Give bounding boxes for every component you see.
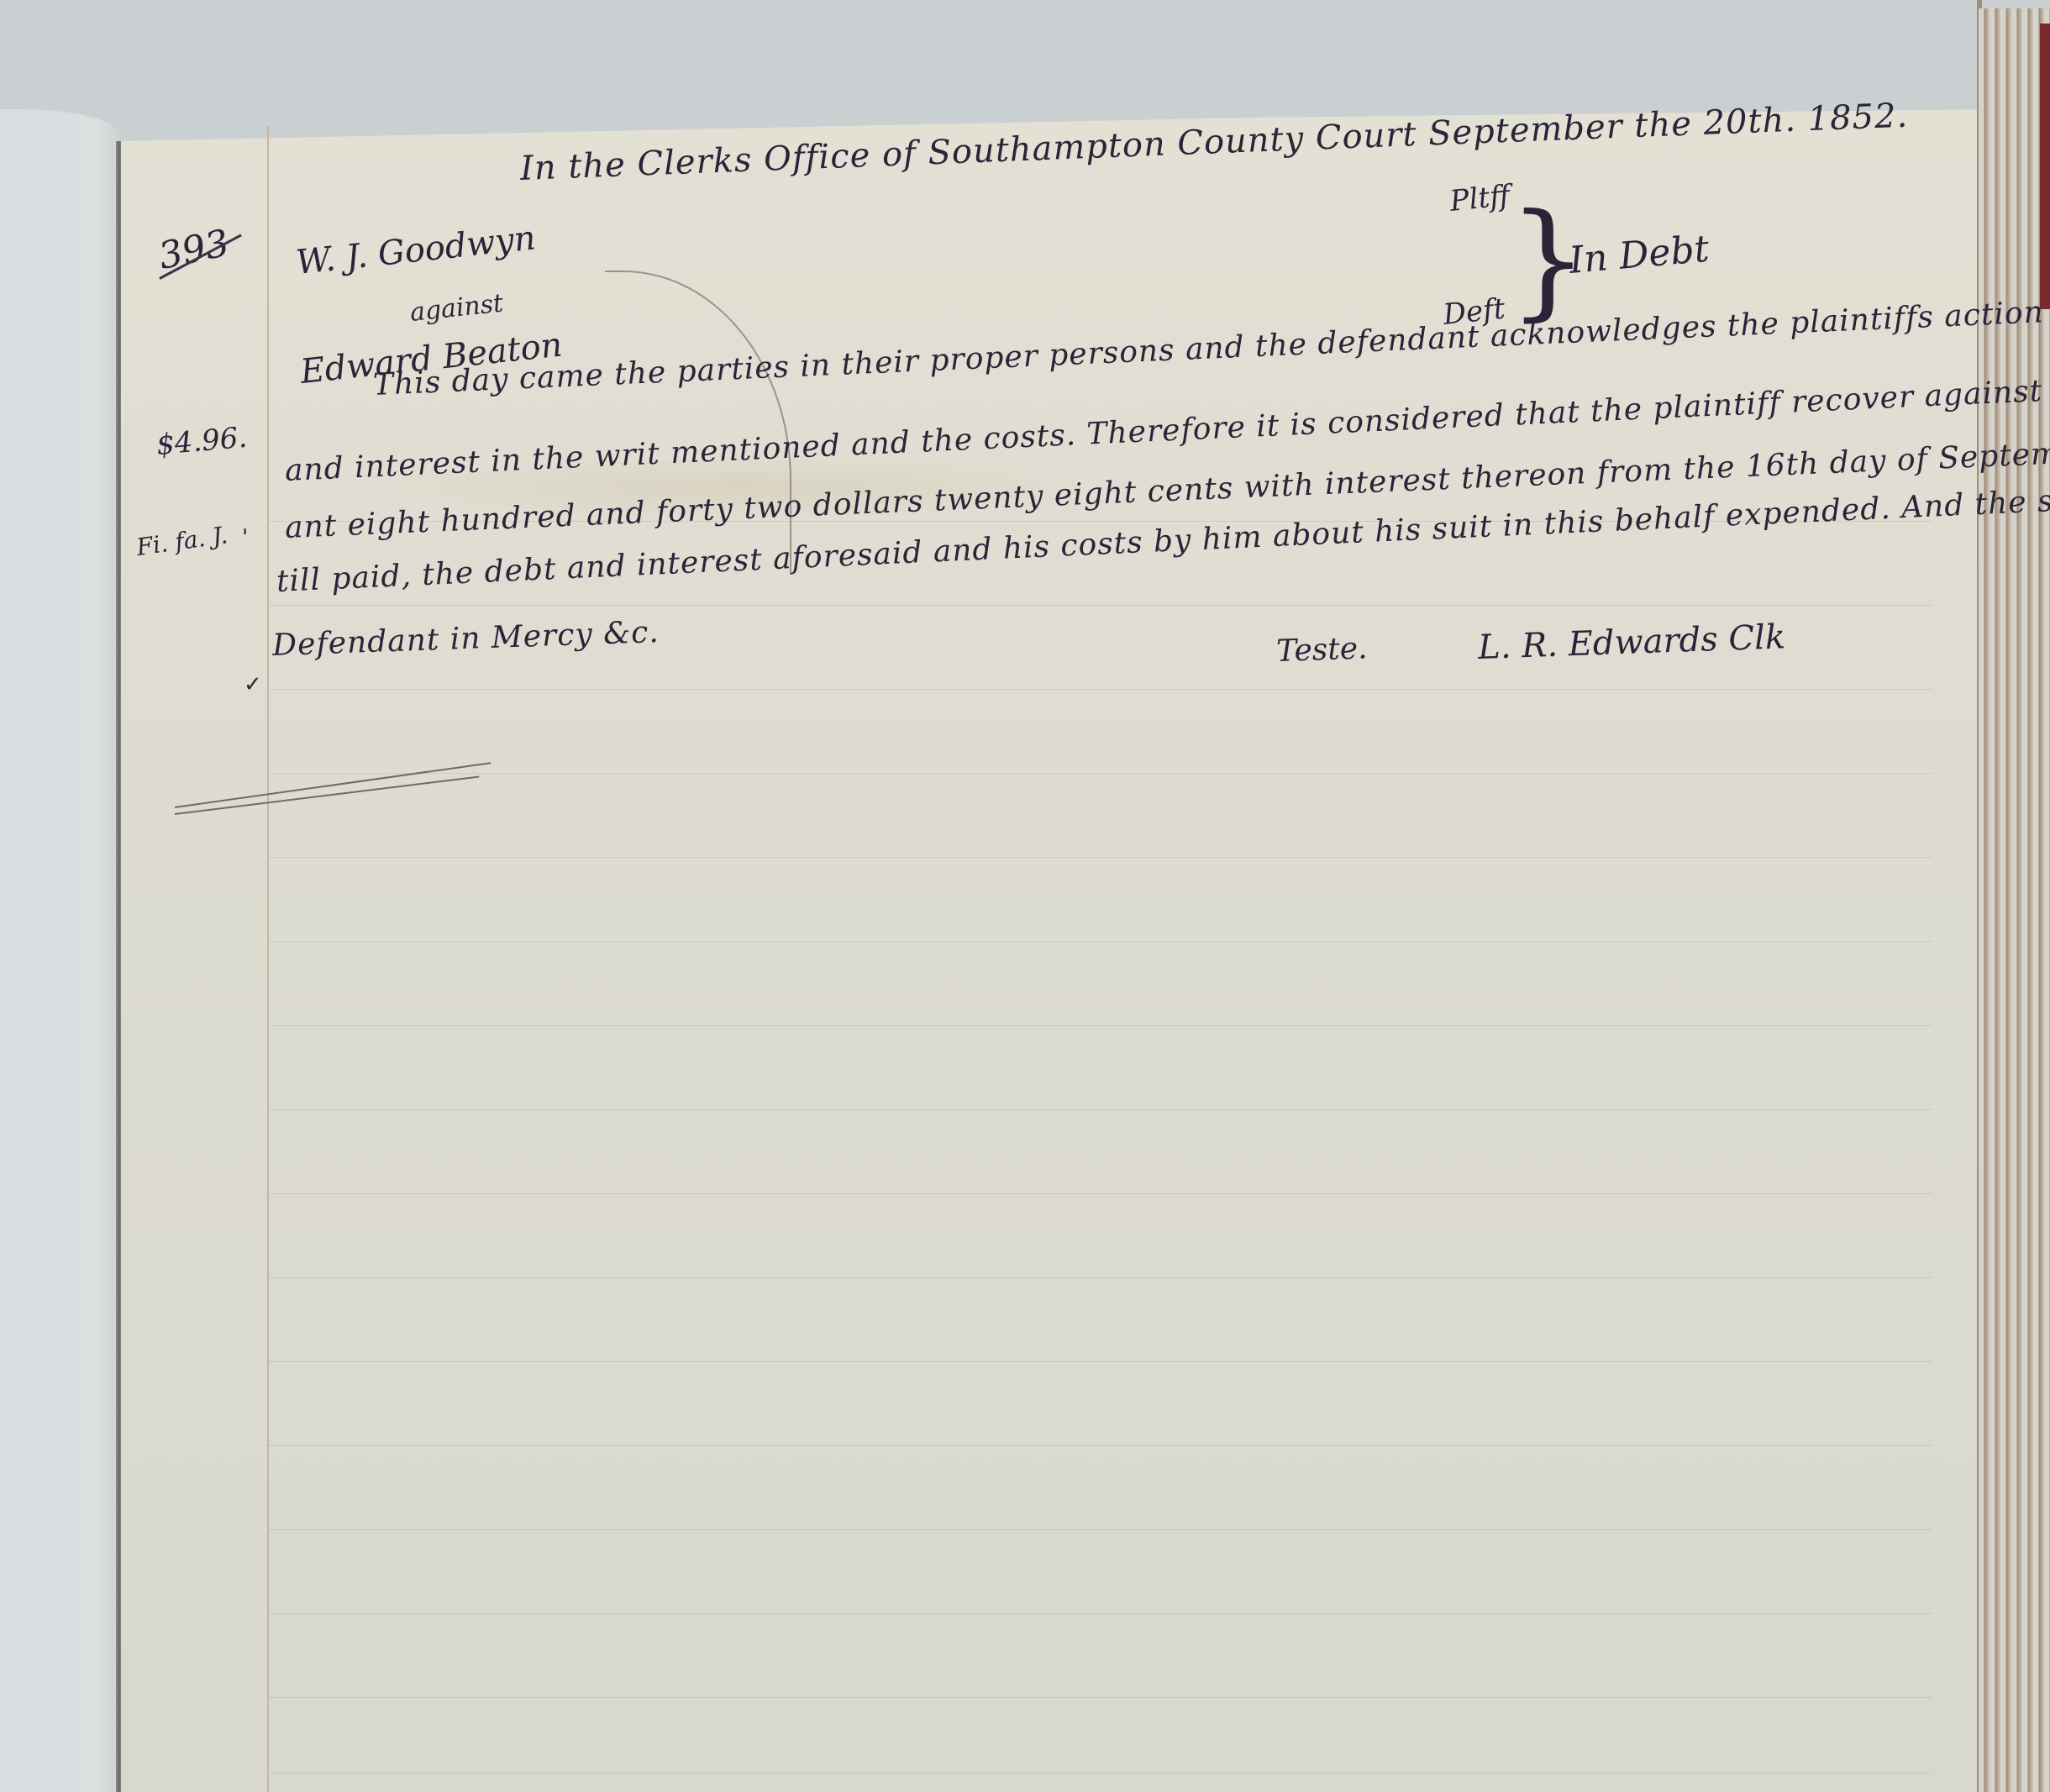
ruled-line xyxy=(269,1697,1932,1698)
ruled-line xyxy=(269,1529,1932,1530)
plaintiff-label: Pltff xyxy=(1448,179,1511,218)
ruled-line xyxy=(269,1773,1932,1774)
ruled-line xyxy=(269,857,1932,858)
ruled-line xyxy=(269,1277,1932,1278)
ruled-line xyxy=(269,689,1932,690)
brace-glyph: } xyxy=(1508,197,1542,323)
ruled-line xyxy=(269,941,1932,942)
ruled-line xyxy=(269,1445,1932,1446)
ruled-line xyxy=(269,1193,1932,1194)
ruled-line xyxy=(269,1361,1932,1362)
ruled-line xyxy=(269,605,1932,606)
ruled-line xyxy=(269,773,1932,774)
tick-mark: ' xyxy=(242,525,248,550)
left-facing-page xyxy=(0,109,119,1792)
ruled-line xyxy=(269,1025,1932,1026)
ruled-line xyxy=(269,1109,1932,1110)
check-mark: ✓ xyxy=(244,672,262,697)
ruled-line xyxy=(269,1613,1932,1614)
margin-rule xyxy=(267,126,269,1792)
attestation-label: Teste. xyxy=(1276,631,1369,669)
book-cover-edge xyxy=(2040,24,2050,309)
